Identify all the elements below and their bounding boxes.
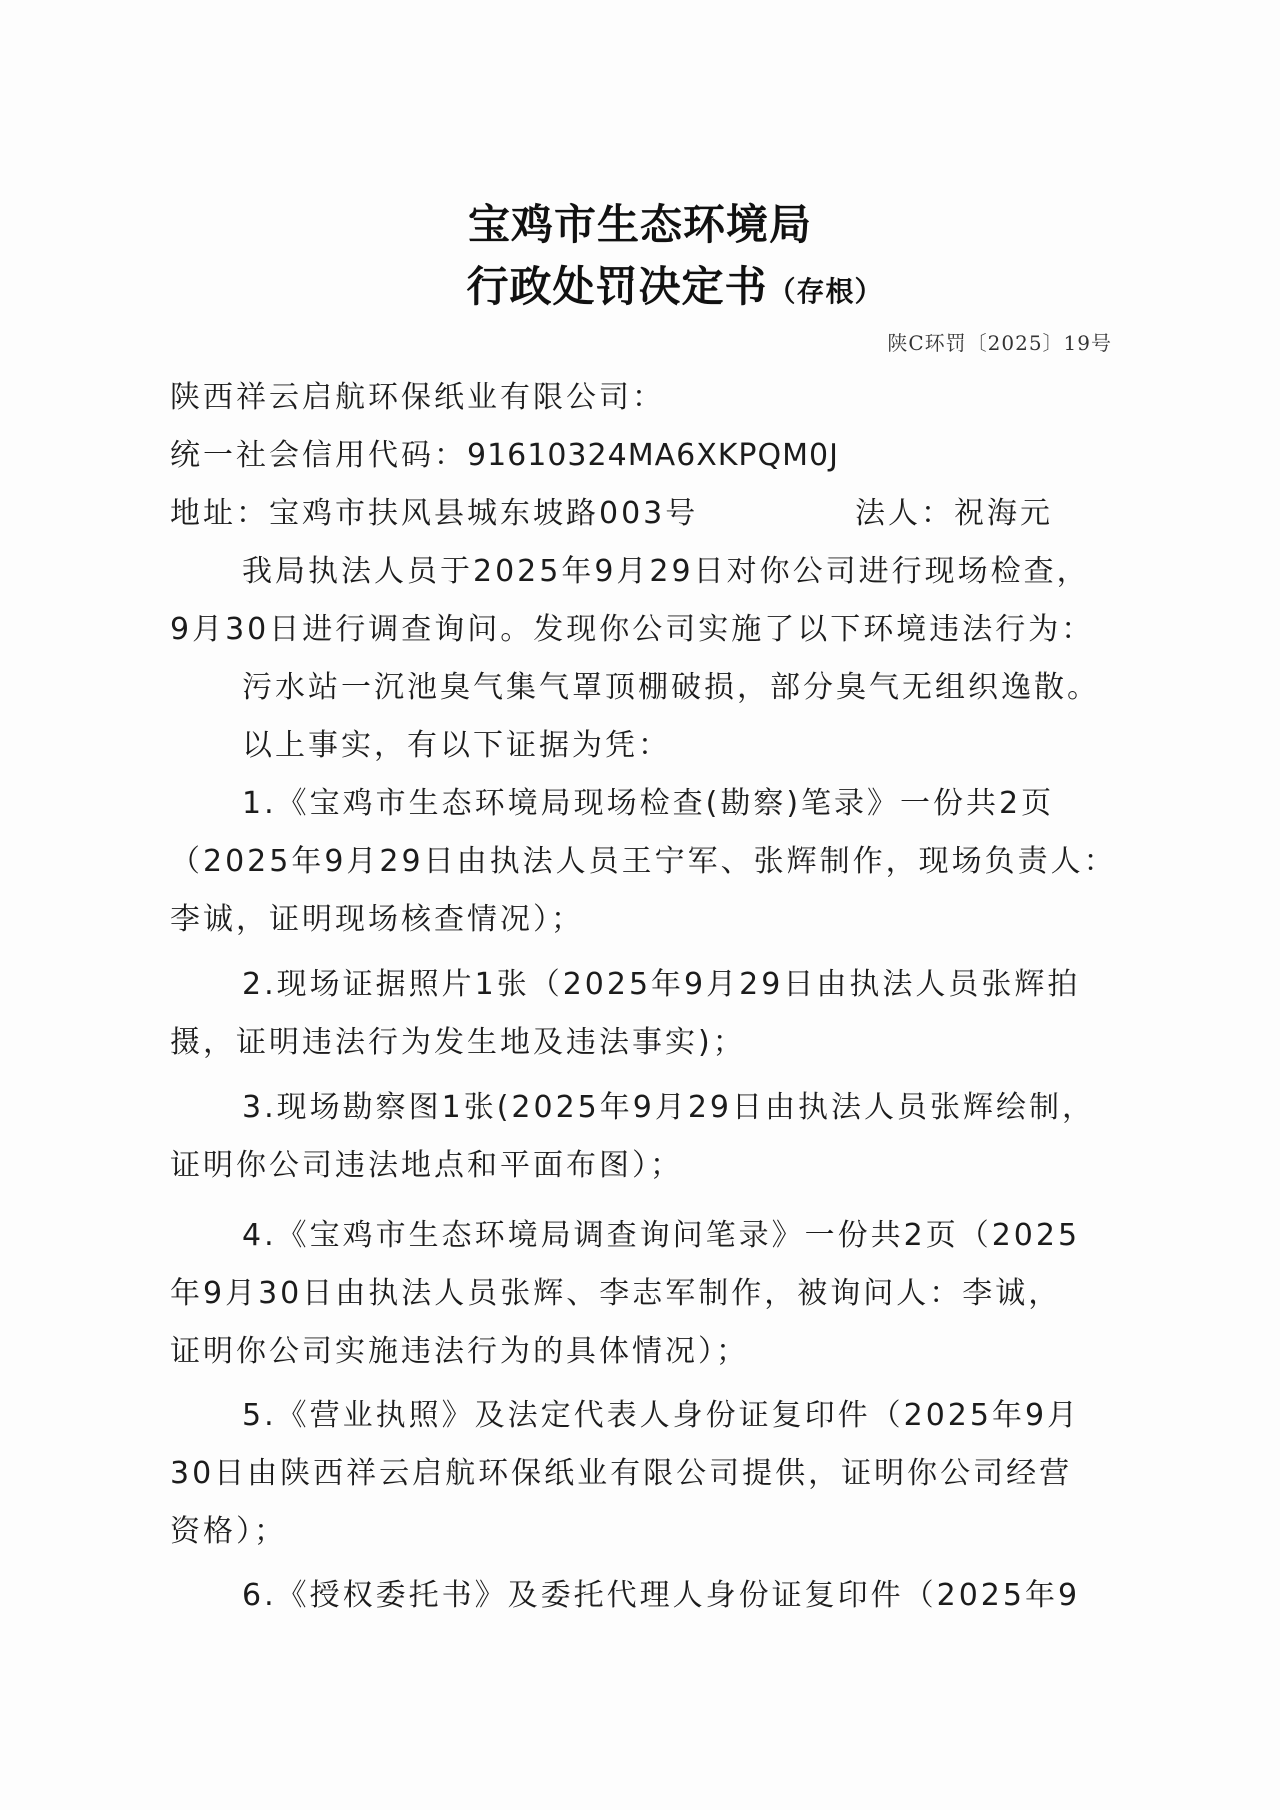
evidence-item-2-cont: 摄，证明违法行为发生地及违法事实)； [170, 1023, 1110, 1063]
evidence-item-1-cont: （2025年9月29日由执法人员王宁军、张辉制作，现场负责人： [170, 842, 1110, 882]
evidence-item-5: 5.《营业执照》及法定代表人身份证复印件（2025年9月 [242, 1396, 1110, 1436]
evidence-item-4: 4.《宝鸡市生态环境局调查询问笔录》一份共2页（2025 [242, 1216, 1110, 1256]
violation-description: 污水站一沉池臭气集气罩顶棚破损，部分臭气无组织逸散。 [242, 668, 1110, 708]
document-page: 宝鸡市生态环境局 行政处罚决定书（存根） 陕C环罚〔2025〕19号 陕西祥云启… [0, 0, 1280, 1810]
credit-code-row: 统一社会信用代码：91610324MA6XKPQM0J [170, 436, 1110, 476]
evidence-item-2: 2.现场证据照片1张（2025年9月29日由执法人员张辉拍 [242, 965, 1110, 1005]
evidence-item-3: 3.现场勘察图1张(2025年9月29日由执法人员张辉绘制， [242, 1088, 1110, 1128]
evidence-item-4-cont: 证明你公司实施违法行为的具体情况）； [170, 1332, 1110, 1372]
body-line: 9月30日进行调查询问。发现你公司实施了以下环境违法行为： [170, 610, 1110, 650]
document-number: 陕C环罚〔2025〕19号 [887, 327, 1112, 356]
credit-code-value: 91610324MA6XKPQM0J [467, 438, 839, 473]
document-title-suffix: （存根） [768, 275, 884, 308]
legal-rep-label: 法人： [855, 496, 954, 531]
evidence-item-1: 1.《宝鸡市生态环境局现场检查(勘察)笔录》一份共2页 [242, 784, 1110, 824]
address-label: 地址： [170, 496, 269, 531]
evidence-item-3-cont: 证明你公司违法地点和平面布图）； [170, 1146, 1110, 1186]
evidence-item-5-cont: 资格）； [170, 1512, 1110, 1552]
document-title: 行政处罚决定书（存根） [0, 254, 1280, 314]
document-title-text: 行政处罚决定书 [466, 262, 767, 311]
credit-code-label: 统一社会信用代码： [170, 438, 467, 473]
evidence-item-1-cont: 李诚，证明现场核查情况）； [170, 900, 1110, 940]
evidence-item-4-cont: 年9月30日由执法人员张辉、李志军制作，被询问人：李诚， [170, 1274, 1110, 1314]
body-line: 我局执法人员于2025年9月29日对你公司进行现场检查， [242, 552, 1110, 592]
recipient: 陕西祥云启航环保纸业有限公司： [170, 378, 1110, 418]
legal-rep-value: 祝海元 [954, 496, 1053, 531]
legal-rep-row: 法人：祝海元 [855, 494, 1115, 534]
evidence-intro: 以上事实，有以下证据为凭： [242, 726, 1110, 766]
address-value: 宝鸡市扶风县城东坡路003号 [269, 496, 698, 531]
issuer-heading: 宝鸡市生态环境局 [0, 192, 1280, 252]
evidence-item-6: 6.《授权委托书》及委托代理人身份证复印件（2025年9 [242, 1576, 1110, 1616]
evidence-item-5-cont: 30日由陕西祥云启航环保纸业有限公司提供，证明你公司经营 [170, 1454, 1110, 1494]
